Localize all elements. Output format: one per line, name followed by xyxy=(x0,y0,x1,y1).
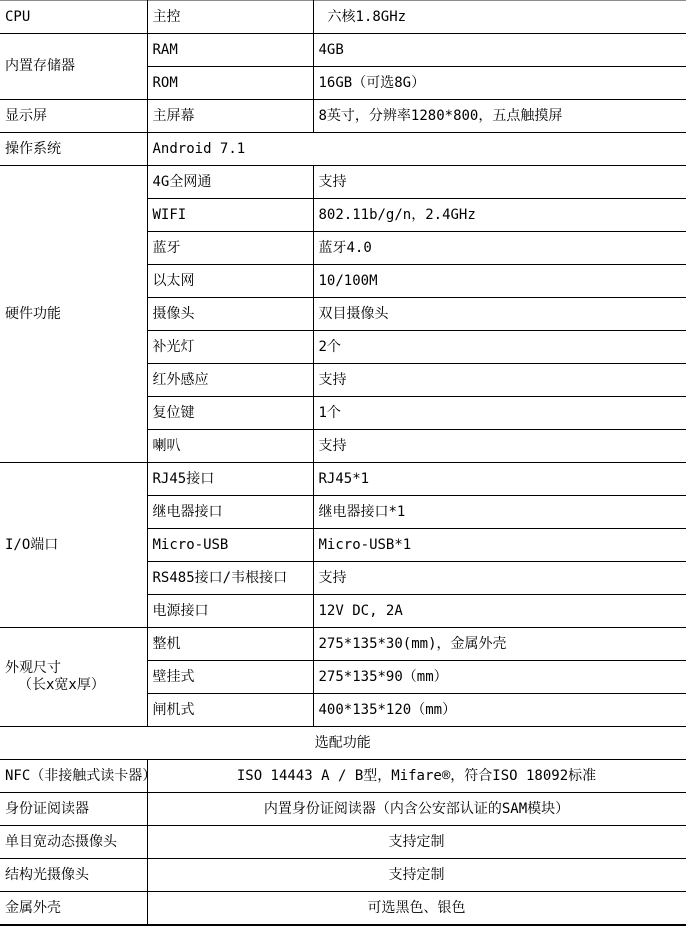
value-cell: 8英寸，分辨率1280*800，五点触摸屏 xyxy=(313,100,686,133)
optional-value-cell: 支持定制 xyxy=(147,859,686,892)
table-row: 身份证阅读器 内置身份证阅读器（内含公安部认证的SAM模块） xyxy=(0,793,686,826)
category-cell-storage: 内置存储器 xyxy=(0,34,147,100)
category-cell-display: 显示屏 xyxy=(0,100,147,133)
value-cell: 六核1.8GHz xyxy=(313,1,686,34)
item-cell: 整机 xyxy=(147,628,313,661)
table-row: 外观尺寸 （长x宽x厚） 整机 275*135*30(mm)，金属外壳 xyxy=(0,628,686,661)
item-cell: Micro-USB xyxy=(147,529,313,562)
item-cell: 补光灯 xyxy=(147,331,313,364)
item-cell: RAM xyxy=(147,34,313,67)
item-cell: 喇叭 xyxy=(147,430,313,463)
category-cell-cpu: CPU xyxy=(0,1,147,34)
item-cell: WIFI xyxy=(147,199,313,232)
table-row: 结构光摄像头 支持定制 xyxy=(0,859,686,892)
category-cell-os: 操作系统 xyxy=(0,133,147,166)
value-cell: 支持 xyxy=(313,364,686,397)
table-row: 硬件功能 4G全网通 支持 xyxy=(0,166,686,199)
table-row: CPU 主控 六核1.8GHz xyxy=(0,1,686,34)
value-cell: 275*135*30(mm)，金属外壳 xyxy=(313,628,686,661)
category-cell-dimensions: 外观尺寸 （长x宽x厚） xyxy=(0,628,147,727)
item-cell: 红外感应 xyxy=(147,364,313,397)
value-cell: 1个 xyxy=(313,397,686,430)
value-cell: 275*135*90（mm） xyxy=(313,661,686,694)
item-cell: 壁挂式 xyxy=(147,661,313,694)
item-cell: RS485接口/韦根接口 xyxy=(147,562,313,595)
category-cell-hardware: 硬件功能 xyxy=(0,166,147,463)
item-cell: RJ45接口 xyxy=(147,463,313,496)
value-cell: 双目摄像头 xyxy=(313,298,686,331)
spec-table: CPU 主控 六核1.8GHz 内置存储器 RAM 4GB ROM 16GB（可… xyxy=(0,0,686,926)
value-cell: 蓝牙4.0 xyxy=(313,232,686,265)
item-cell: 闸机式 xyxy=(147,694,313,727)
value-cell: 支持 xyxy=(313,430,686,463)
value-cell: 12V DC, 2A xyxy=(313,595,686,628)
value-cell: 支持 xyxy=(313,166,686,199)
value-cell: 继电器接口*1 xyxy=(313,496,686,529)
item-cell: 4G全网通 xyxy=(147,166,313,199)
item-cell: 主屏幕 xyxy=(147,100,313,133)
value-cell: 400*135*120（mm） xyxy=(313,694,686,727)
value-cell: 10/100M xyxy=(313,265,686,298)
section-header-cell: 选配功能 xyxy=(0,727,686,760)
optional-value-cell: 内置身份证阅读器（内含公安部认证的SAM模块） xyxy=(147,793,686,826)
value-cell: 2个 xyxy=(313,331,686,364)
table-row: 单目宽动态摄像头 支持定制 xyxy=(0,826,686,859)
optional-label-cell-metal-case: 金属外壳 xyxy=(0,892,147,926)
category-line-1: 外观尺寸 xyxy=(5,660,145,677)
section-header-row: 选配功能 xyxy=(0,727,686,760)
optional-value-cell: 可选黑色、银色 xyxy=(147,892,686,926)
optional-label-cell-wdr-camera: 单目宽动态摄像头 xyxy=(0,826,147,859)
value-cell: 16GB（可选8G） xyxy=(313,67,686,100)
value-cell: 支持 xyxy=(313,562,686,595)
optional-label-cell-idreader: 身份证阅读器 xyxy=(0,793,147,826)
table-row: 操作系统 Android 7.1 xyxy=(0,133,686,166)
item-cell: 以太网 xyxy=(147,265,313,298)
optional-label-cell-structured-light: 结构光摄像头 xyxy=(0,859,147,892)
value-cell: 802.11b/g/n，2.4GHz xyxy=(313,199,686,232)
value-cell: 4GB xyxy=(313,34,686,67)
item-cell: 蓝牙 xyxy=(147,232,313,265)
table-row: I/O端口 RJ45接口 RJ45*1 xyxy=(0,463,686,496)
optional-label-cell-nfc: NFC（非接触式读卡器） xyxy=(0,760,147,793)
table-row: 显示屏 主屏幕 8英寸，分辨率1280*800，五点触摸屏 xyxy=(0,100,686,133)
value-cell: Micro-USB*1 xyxy=(313,529,686,562)
value-cell: RJ45*1 xyxy=(313,463,686,496)
value-cell: Android 7.1 xyxy=(147,133,686,166)
item-cell: 继电器接口 xyxy=(147,496,313,529)
optional-value-cell: ISO 14443 A / B型，Mifare®，符合ISO 18092标准 xyxy=(147,760,686,793)
category-line-2: （长x宽x厚） xyxy=(5,677,145,694)
table-row: 金属外壳 可选黑色、银色 xyxy=(0,892,686,926)
item-cell: 电源接口 xyxy=(147,595,313,628)
item-cell: ROM xyxy=(147,67,313,100)
optional-value-cell: 支持定制 xyxy=(147,826,686,859)
item-cell: 主控 xyxy=(147,1,313,34)
item-cell: 摄像头 xyxy=(147,298,313,331)
table-row: NFC（非接触式读卡器） ISO 14443 A / B型，Mifare®，符合… xyxy=(0,760,686,793)
table-row: 内置存储器 RAM 4GB xyxy=(0,34,686,67)
item-cell: 复位键 xyxy=(147,397,313,430)
category-cell-io: I/O端口 xyxy=(0,463,147,628)
